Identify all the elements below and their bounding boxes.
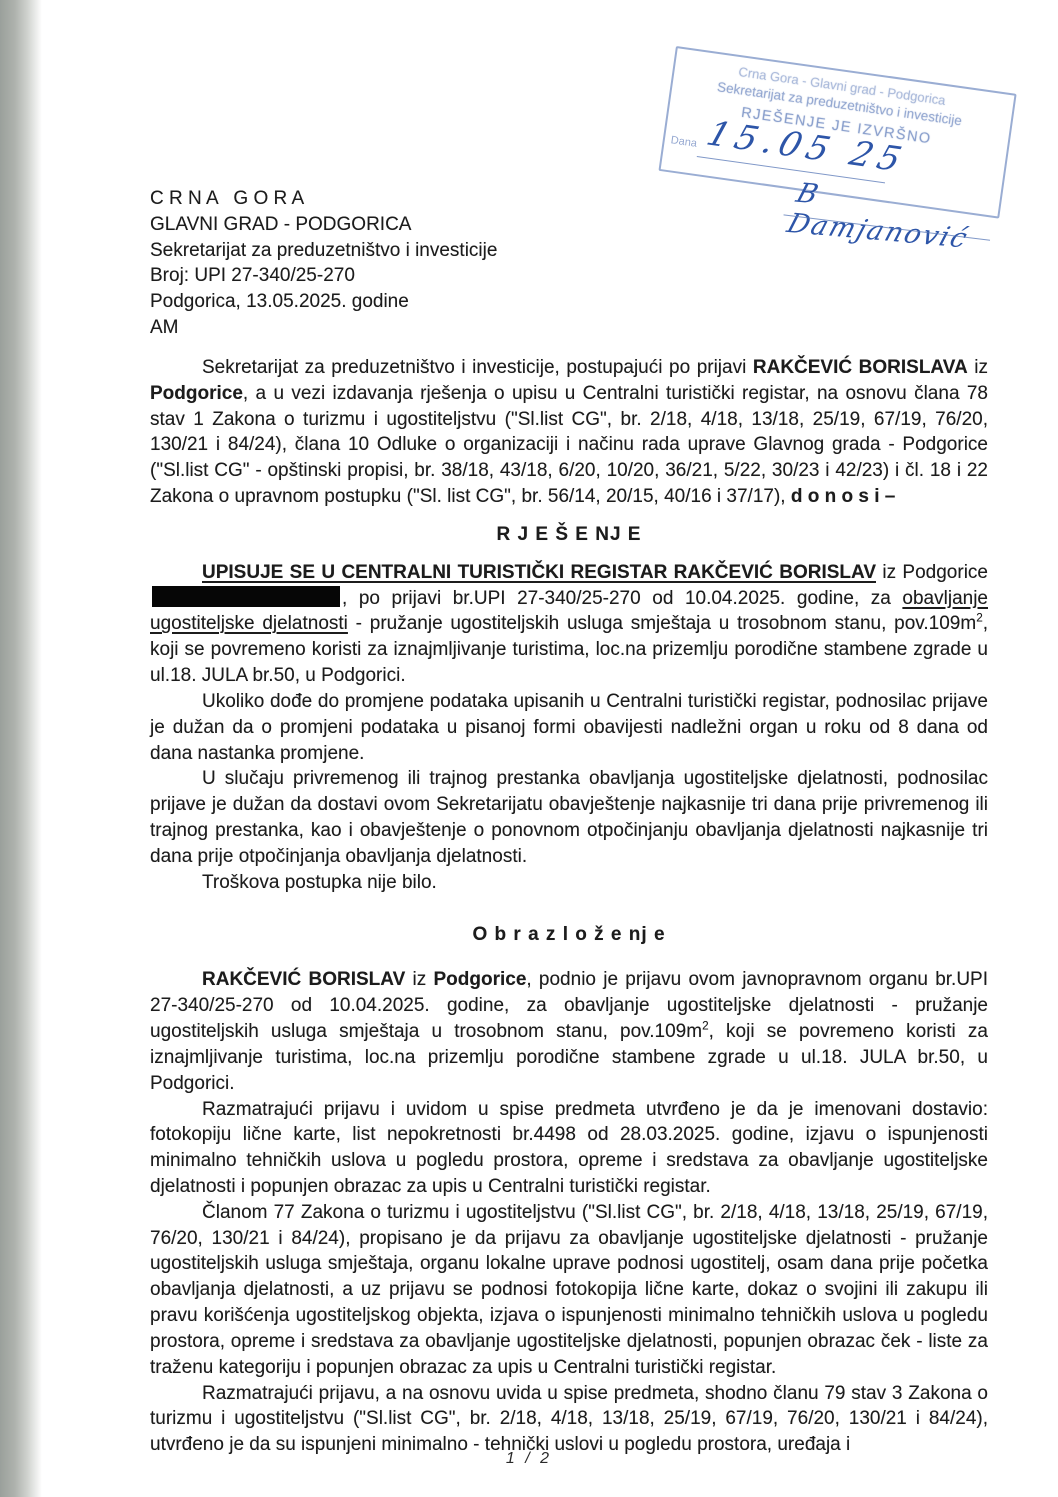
header-initials: AM — [150, 315, 988, 341]
header-city: GLAVNI GRAD - PODGORICA — [150, 212, 988, 238]
stamp-org-line2: Sekretarijat za preduzetništvo i investi… — [670, 73, 1009, 135]
paragraph-dispositive: UPISUJE SE U CENTRALNI TURISTIČKI REGIST… — [150, 560, 988, 689]
stamp-status-line: RJEŠENJE JE IZVRŠNO — [667, 95, 1006, 158]
paragraph-article-79: Razmatrajući prijavu, a na osnovu uvida … — [150, 1381, 988, 1458]
paragraph-article-77: Članom 77 Zakona o turizmu i ugostiteljs… — [150, 1200, 988, 1381]
header-case-number: Broj: UPI 27-340/25-270 — [150, 263, 988, 289]
stamp-org-line1: Crna Gora - Glavni grad - Podgorica — [673, 55, 1012, 117]
stamp-date-underline — [697, 156, 885, 183]
page-number: 1 / 2 — [0, 1450, 1058, 1468]
scanner-edge-artifact — [0, 0, 42, 1497]
stamp-handwritten-date: 15.05 25 — [702, 114, 912, 180]
stamp-date-label: Dana — [670, 134, 698, 150]
document-header: C R N A G O R A GLAVNI GRAD - PODGORICA … — [150, 186, 988, 341]
heading-obrazlozenje: O b r a z l o ž e nj e — [150, 922, 988, 948]
header-date: Podgorica, 13.05.2025. godine — [150, 289, 988, 315]
paragraph-review-docs: Razmatrajući prijavu i uvidom u spise pr… — [150, 1097, 988, 1200]
document-body: Sekretarijat za preduzetništvo i investi… — [150, 355, 988, 1458]
header-secretariat: Sekretarijat za preduzetništvo i investi… — [150, 238, 988, 264]
heading-rjesenje: R J E Š E NJ E — [150, 522, 988, 548]
header-country: C R N A G O R A — [150, 186, 988, 212]
scanned-document-page: Crna Gora - Glavni grad - Podgorica Sekr… — [0, 0, 1058, 1497]
paragraph-applicant: RAKČEVIĆ BORISLAV iz Podgorice, podnio j… — [150, 967, 988, 1096]
paragraph-change-notice: Ukoliko dođe do promjene podataka upisan… — [150, 689, 988, 766]
paragraph-cessation: U slučaju privremenog ili trajnog presta… — [150, 766, 988, 869]
paragraph-intro: Sekretarijat za preduzetništvo i investi… — [150, 355, 988, 510]
redaction-box — [152, 586, 340, 607]
document-content: C R N A G O R A GLAVNI GRAD - PODGORICA … — [150, 186, 988, 1458]
paragraph-costs: Troškova postupka nije bilo. — [150, 870, 988, 896]
